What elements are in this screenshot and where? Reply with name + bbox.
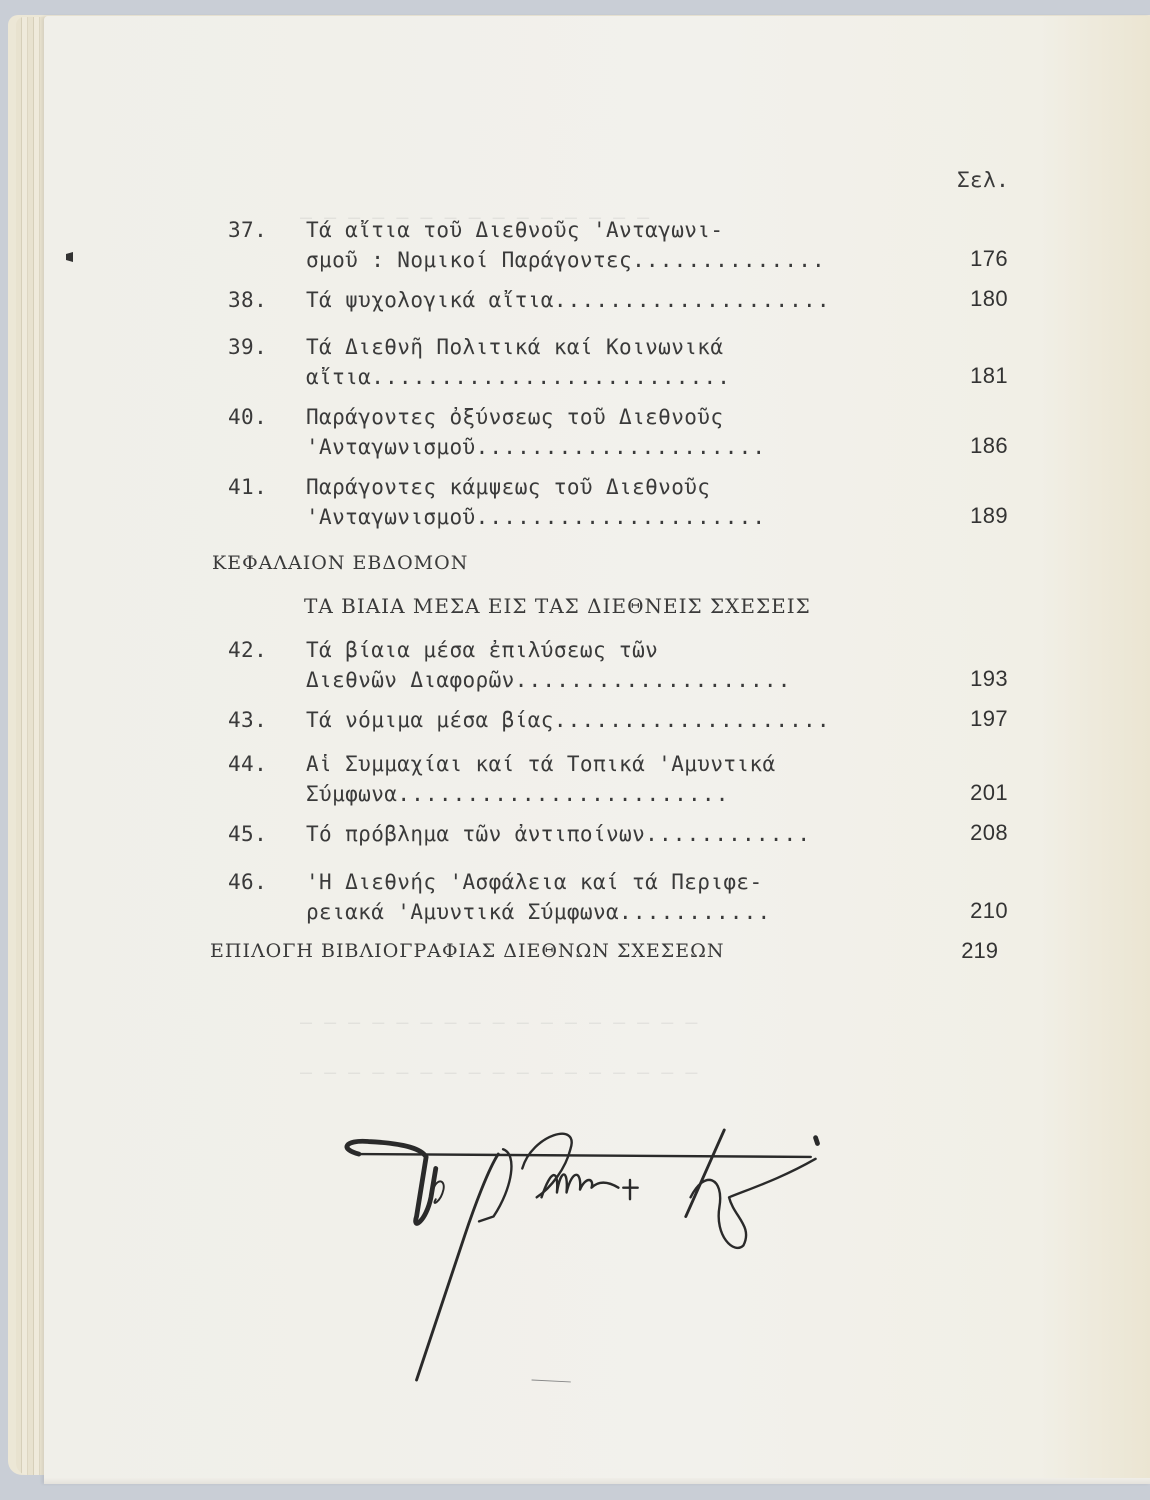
leader-dots: ........... <box>619 900 771 924</box>
entry-number: 41. <box>228 475 267 499</box>
entry-title-text: 'Ανταγωνισμοῦ <box>306 435 476 459</box>
entry-title-line1: Αἱ Συμμαχίαι καί τά Τοπικά 'Αμυντικά <box>306 752 776 776</box>
entry-title-text: ρειακά 'Αμυντικά Σύμφωνα <box>306 900 619 924</box>
entry-title-line1: Τά βίαια μέσα ἐπιλύσεως τῶν <box>306 638 658 662</box>
entry-title-line1: Παράγοντες ὀξύνσεως τοῦ Διεθνοῦς <box>306 405 723 429</box>
leader-dots: .................... <box>515 668 792 692</box>
chapter-heading: ΚΕΦΑΛΑΙΟΝ ΕΒΔΟΜΟΝ <box>212 552 468 574</box>
leader-dots: .................... <box>554 288 831 312</box>
entry-title: ΕΠΙΛΟΓΗ ΒΙΒΛΙΟΓΡΑΦΙΑΣ ΔΙΕΘΝΩΝ ΣΧΕΣΕΩΝ <box>210 940 724 962</box>
entry-title-line2: σμοῦ : Νομικοί Παράγοντες.............. <box>306 248 826 272</box>
entry-page-number: 181 <box>970 363 1008 389</box>
entry-title-text: Τά νόμιμα μέσα βίας <box>306 708 554 732</box>
entry-title-line1: Παράγοντες κάμψεως τοῦ Διεθνοῦς <box>306 475 710 499</box>
entry-number: 40. <box>228 405 267 429</box>
entry-number: 43. <box>228 708 267 732</box>
page-column-header: Σελ. <box>957 168 1009 192</box>
entry-title-line1: Τά Διεθνῆ Πολιτικά καί Κοινωνικά <box>306 335 723 359</box>
leader-dots: ..................... <box>476 505 767 529</box>
chapter-title: ΤΑ ΒΙΑΙΑ ΜΕΣΑ ΕΙΣ ΤΑΣ ΔΙΕΘΝΕΙΣ ΣΧΕΣΕΙΣ <box>304 594 811 618</box>
entry-page-number: 201 <box>970 780 1008 806</box>
toc-entry-bibliography: ΕΠΙΛΟΓΗ ΒΙΒΛΙΟΓΡΑΦΙΑΣ ΔΙΕΘΝΩΝ ΣΧΕΣΕΩΝ 21… <box>210 940 1000 962</box>
entry-title-line1: 'Η Διεθνής 'Ασφάλεια καί τά Περιφε- <box>306 870 763 894</box>
entry-title-text: αἴτια <box>306 365 371 389</box>
entry-page-number: 208 <box>970 820 1008 846</box>
leader-dots: .............. <box>632 248 826 272</box>
entry-title-text: Τό πρόβλημα τῶν ἀντιποίνων <box>306 822 645 846</box>
entry-number: 38. <box>228 288 267 312</box>
entry-title-line2: ρειακά 'Αμυντικά Σύμφωνα ........... <box>306 900 771 924</box>
entry-title-line2: Διεθνῶν Διαφορῶν .................... <box>306 668 792 692</box>
entry-title-line1: Τά αἴτια τοῦ Διεθνοῦς 'Ανταγωνι- <box>306 218 723 242</box>
entry-title-text: Τά ψυχολογικά αἴτια <box>306 288 554 312</box>
entry-page-number: 197 <box>970 706 1008 732</box>
entry-page-number: 210 <box>970 898 1008 924</box>
entry-number: 44. <box>228 752 267 776</box>
entry-page-number: 193 <box>970 666 1008 692</box>
entry-number: 42. <box>228 638 267 662</box>
entry-number: 39. <box>228 335 267 359</box>
entry-number: 46. <box>228 870 267 894</box>
entry-title-line2: αἴτια.......................... <box>306 365 731 389</box>
entry-page-number: 186 <box>970 433 1008 459</box>
entry-title-text: σμοῦ : Νομικοί Παράγοντες <box>306 248 632 272</box>
entry-title: Τό πρόβλημα τῶν ἀντιποίνων............ <box>306 822 811 846</box>
entry-title-text: Διεθνῶν Διαφορῶν <box>306 668 515 692</box>
leader-dots: ........................ <box>397 782 729 806</box>
entry-title-text: Σύμφωνα <box>306 782 397 806</box>
entry-number: 45. <box>228 822 267 846</box>
entry-page-number: 180 <box>970 286 1008 312</box>
entry-title-text: 'Ανταγωνισμοῦ <box>306 505 476 529</box>
entry-page-number: 189 <box>970 503 1008 529</box>
entry-title: Τά νόμιμα μέσα βίας .................... <box>306 708 831 732</box>
entry-number: 37. <box>228 218 267 242</box>
entry-page-number: 219 <box>961 938 998 964</box>
leader-dots: .................... <box>554 708 831 732</box>
leader-dots: .......................... <box>371 365 731 389</box>
entry-title-line2: 'Ανταγωνισμοῦ ..................... <box>306 505 766 529</box>
leader-dots: ............ <box>645 822 811 846</box>
bookmark-tab <box>66 252 73 262</box>
entry-title-line2: Σύμφωνα ........................ <box>306 782 730 806</box>
entry-title: Τά ψυχολογικά αἴτια.................... <box>306 288 831 312</box>
handwritten-signature <box>330 1110 830 1400</box>
entry-page-number: 176 <box>970 246 1008 272</box>
show-through-text: — — — — — — — — — — — — — — — — — <box>300 1010 697 1034</box>
show-through-text: — — — — — — — — — — — — — — — — — <box>300 1060 697 1084</box>
entry-title-line2: 'Ανταγωνισμοῦ ..................... <box>306 435 766 459</box>
leader-dots: ..................... <box>476 435 767 459</box>
